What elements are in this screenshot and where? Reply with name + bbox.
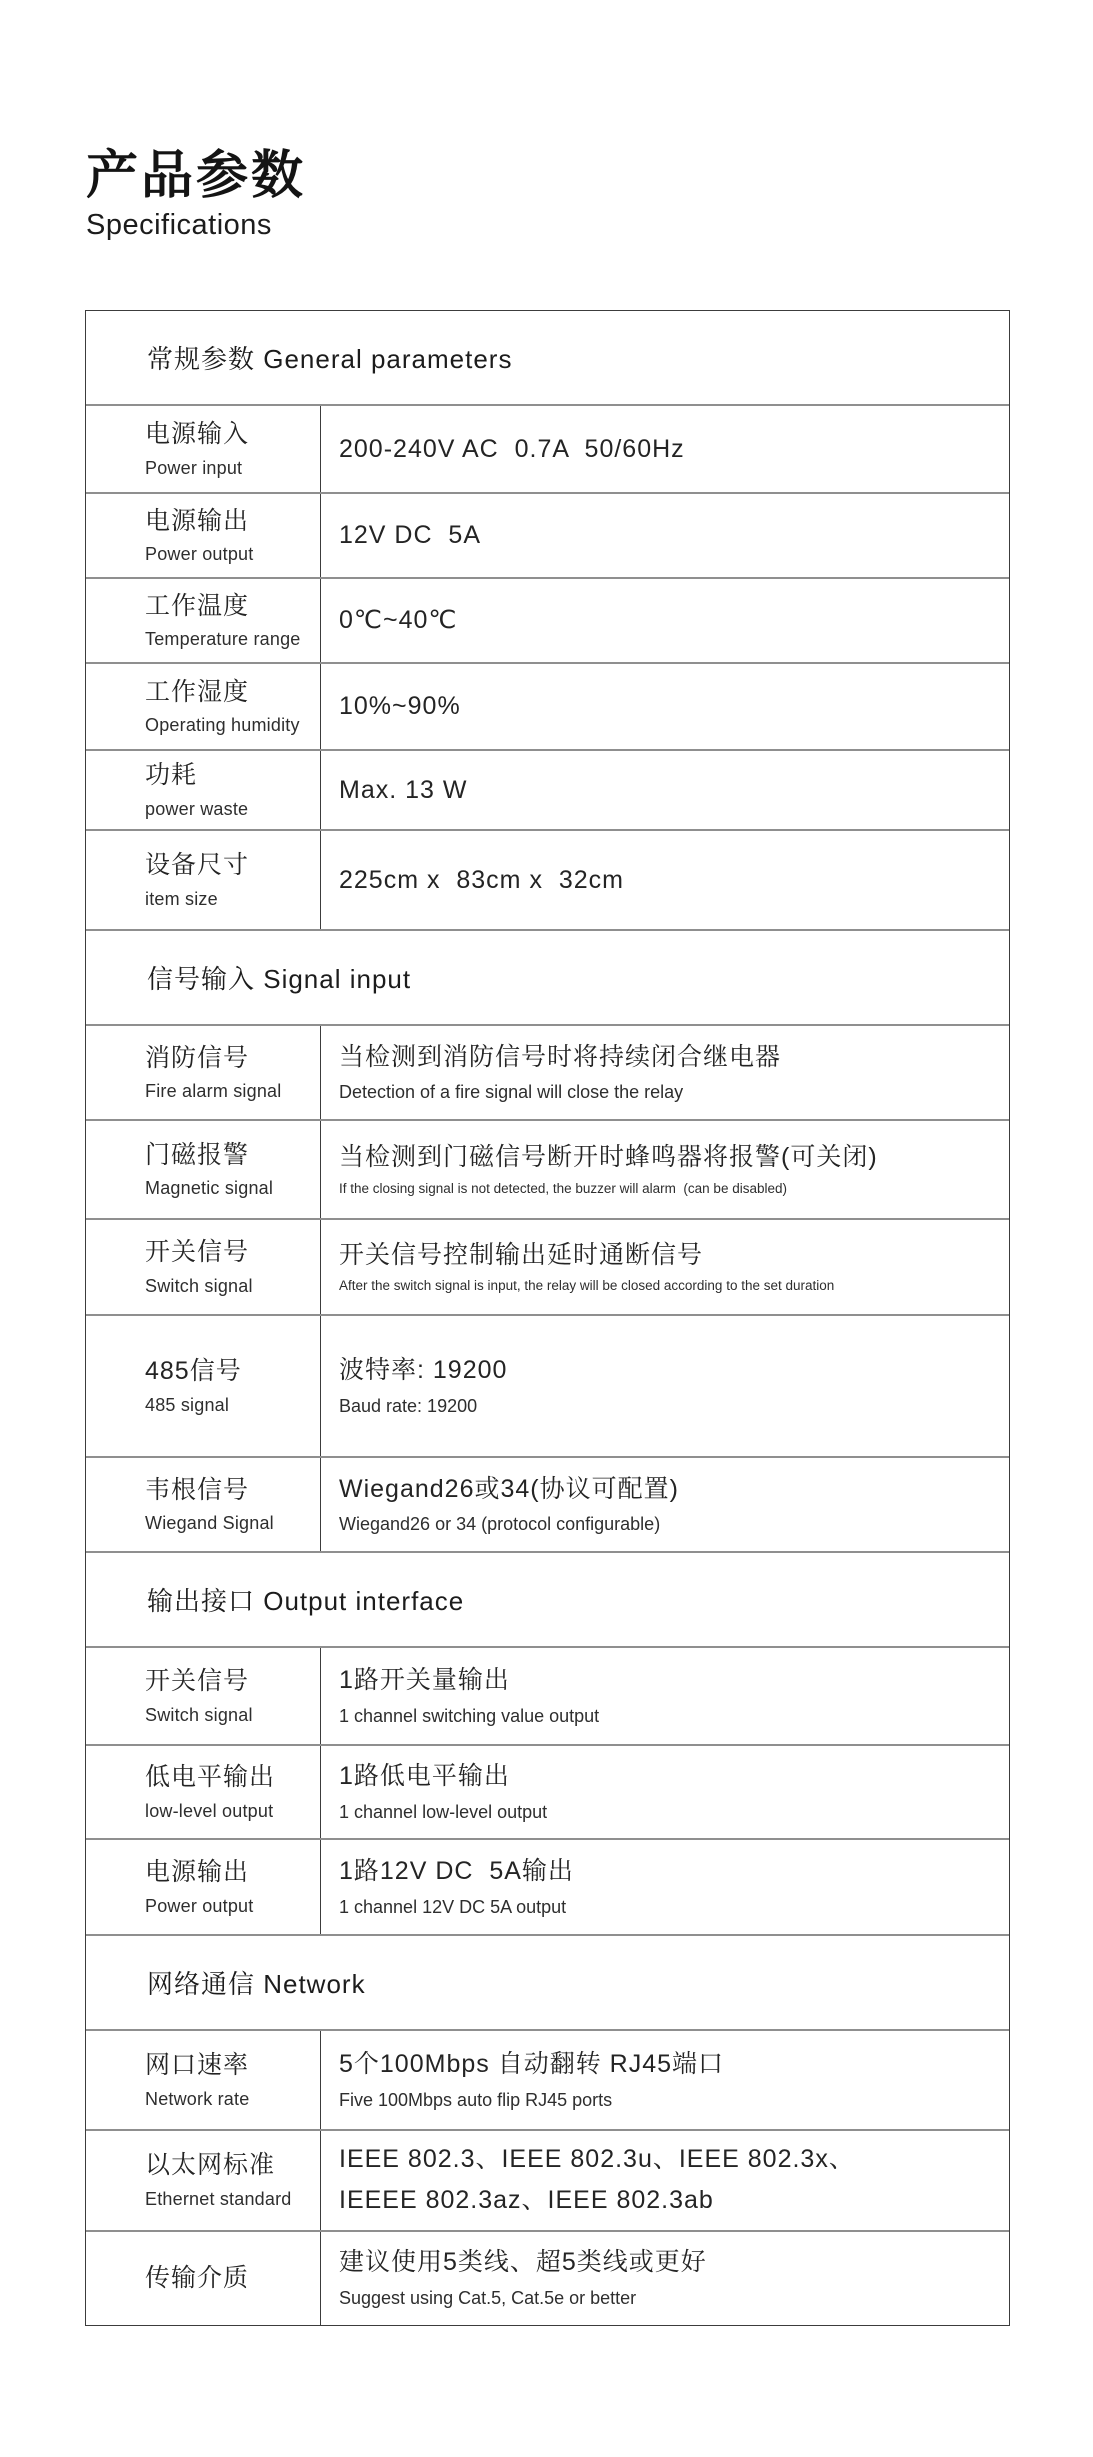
row-value-cell: IEEE 802.3、IEEE 802.3u、IEEE 802.3x、 IEEE… [321,2131,1009,2230]
row-value-cell: 12V DC 5A [321,494,1009,577]
row-label-cn: 传输介质 [145,2262,312,2295]
row-label-cell: 门磁报警 Magnetic signal [86,1121,321,1218]
row-value-cell: 0℃~40℃ [321,579,1009,662]
row-value-cn: Max. 13 W [339,774,989,807]
row-label-cell: 电源输出 Power output [86,1840,321,1934]
row-label-cn: 功耗 [145,759,312,792]
spec-table: 常规参数 General parameters 电源输入 Power input… [85,310,1010,2326]
page-subtitle: Specifications [86,209,306,242]
row-value-cell: 200-240V AC 0.7A 50/60Hz [321,406,1009,492]
row-label-cell: 工作湿度 Operating humidity [86,664,321,749]
row-label-cn: 工作温度 [145,590,312,623]
row-label-en: Power input [145,457,312,480]
row-value-en: Suggest using Cat.5, Cat.5e or better [339,2287,989,2310]
row-value-cn: 1路开关量输出 [339,1664,989,1697]
spec-row-power-output-channel: 电源输出 Power output 1路12V DC 5A输出 1 channe… [86,1840,1009,1936]
row-label-cell: 低电平输出 low-level output [86,1746,321,1838]
row-label-en: Network rate [145,2088,312,2111]
section-header-general-parameters: 常规参数 General parameters [86,311,1009,406]
row-label-cn: 消防信号 [145,1042,312,1075]
row-label-cell: 韦根信号 Wiegand Signal [86,1458,321,1551]
row-label-en: Ethernet standard [145,2188,312,2211]
row-label-en: low-level output [145,1800,312,1823]
spec-row-switch-signal-input: 开关信号 Switch signal 开关信号控制输出延时通断信号 After … [86,1220,1009,1316]
row-value-cn: 12V DC 5A [339,519,989,552]
section-header-network: 网络通信 Network [86,1936,1009,2031]
row-label-cn: 设备尺寸 [145,849,312,882]
row-label-cn: 电源输出 [145,1856,312,1889]
row-value-en: 1 channel low-level output [339,1801,989,1824]
row-value-cn: 200-240V AC 0.7A 50/60Hz [339,433,989,466]
row-label-en: Operating humidity [145,714,312,737]
row-label-en: Temperature range [145,628,312,651]
row-value-en: 1 channel 12V DC 5A output [339,1896,989,1919]
row-value-cn: 当检测到消防信号时将持续闭合继电器 [339,1041,989,1074]
row-value-cell: Wiegand26或34(协议可配置) Wiegand26 or 34 (pro… [321,1458,1009,1551]
row-value-en: Baud rate: 19200 [339,1395,989,1418]
spec-row-485-signal: 485信号 485 signal 波特率: 19200 Baud rate: 1… [86,1316,1009,1458]
row-label-cell: 以太网标准 Ethernet standard [86,2131,321,2230]
row-value-en: Five 100Mbps auto flip RJ45 ports [339,2089,989,2112]
spec-row-item-size: 设备尺寸 item size 225cm x 83cm x 32cm [86,831,1009,931]
spec-row-operating-humidity: 工作湿度 Operating humidity 10%~90% [86,664,1009,751]
row-value-en: After the switch signal is input, the re… [339,1277,989,1295]
row-label-cell: 485信号 485 signal [86,1316,321,1456]
row-label-en: Magnetic signal [145,1177,312,1200]
row-label-cell: 工作温度 Temperature range [86,579,321,662]
page-title: 产品参数 [86,148,306,205]
row-label-en: Wiegand Signal [145,1512,312,1535]
row-label-en: Power output [145,1895,312,1918]
spec-row-power-input: 电源输入 Power input 200-240V AC 0.7A 50/60H… [86,406,1009,494]
spec-row-power-waste: 功耗 power waste Max. 13 W [86,751,1009,831]
row-label-cell: 电源输出 Power output [86,494,321,577]
row-value-cell: 1路12V DC 5A输出 1 channel 12V DC 5A output [321,1840,1009,1934]
row-value-cell: 1路低电平输出 1 channel low-level output [321,1746,1009,1838]
row-value-cell: 5个100Mbps 自动翻转 RJ45端口 Five 100Mbps auto … [321,2031,1009,2129]
row-label-cn: 电源输出 [145,505,312,538]
row-label-cn: 开关信号 [145,1665,312,1698]
row-label-cell: 开关信号 Switch signal [86,1220,321,1314]
row-value-cell: 建议使用5类线、超5类线或更好 Suggest using Cat.5, Cat… [321,2232,1009,2325]
row-value-cn: 10%~90% [339,690,989,723]
row-value-en: Wiegand26 or 34 (protocol configurable) [339,1513,989,1536]
spec-row-magnetic-signal: 门磁报警 Magnetic signal 当检测到门磁信号断开时蜂鸣器将报警(可… [86,1121,1009,1220]
row-label-en: Switch signal [145,1704,312,1727]
row-value-cell: 当检测到门磁信号断开时蜂鸣器将报警(可关闭) If the closing si… [321,1121,1009,1218]
row-value-cell: Max. 13 W [321,751,1009,829]
row-label-cn: 门磁报警 [145,1139,312,1172]
row-label-en: Fire alarm signal [145,1080,312,1103]
row-value-cn: 开关信号控制输出延时通断信号 [339,1239,989,1272]
row-label-cell: 传输介质 [86,2232,321,2325]
spec-row-temperature-range: 工作温度 Temperature range 0℃~40℃ [86,579,1009,664]
row-value-cell: 开关信号控制输出延时通断信号 After the switch signal i… [321,1220,1009,1314]
row-label-cell: 消防信号 Fire alarm signal [86,1026,321,1119]
row-label-cn: 电源输入 [145,418,312,451]
row-value-cn: 225cm x 83cm x 32cm [339,864,989,897]
spec-row-switch-signal-output: 开关信号 Switch signal 1路开关量输出 1 channel swi… [86,1648,1009,1746]
row-label-en: power waste [145,798,312,821]
section-header-signal-input: 信号输入 Signal input [86,931,1009,1026]
title-block: 产品参数 Specifications [86,148,306,242]
row-label-cn: 低电平输出 [145,1761,312,1794]
row-value-cn: 5个100Mbps 自动翻转 RJ45端口 [339,2048,989,2081]
row-value-cell: 10%~90% [321,664,1009,749]
row-value-cn: IEEE 802.3、IEEE 802.3u、IEEE 802.3x、 IEEE… [339,2139,989,2222]
row-label-cn: 以太网标准 [145,2149,312,2182]
spec-row-wiegand-signal: 韦根信号 Wiegand Signal Wiegand26或34(协议可配置) … [86,1458,1009,1553]
spec-row-network-rate: 网口速率 Network rate 5个100Mbps 自动翻转 RJ45端口 … [86,2031,1009,2131]
row-label-cell: 电源输入 Power input [86,406,321,492]
row-value-cn: 1路低电平输出 [339,1760,989,1793]
spec-row-fire-alarm-signal: 消防信号 Fire alarm signal 当检测到消防信号时将持续闭合继电器… [86,1026,1009,1121]
row-value-cn: 波特率: 19200 [339,1354,989,1387]
row-value-cn: 1路12V DC 5A输出 [339,1855,989,1888]
section-header-output-interface: 输出接口 Output interface [86,1553,1009,1648]
row-label-cn: 工作湿度 [145,676,312,709]
row-label-cn: 485信号 [145,1355,312,1388]
row-value-cell: 225cm x 83cm x 32cm [321,831,1009,929]
row-value-en: If the closing signal is not detected, t… [339,1180,989,1198]
spec-row-ethernet-standard: 以太网标准 Ethernet standard IEEE 802.3、IEEE … [86,2131,1009,2232]
row-value-cell: 波特率: 19200 Baud rate: 19200 [321,1316,1009,1456]
spec-row-low-level-output: 低电平输出 low-level output 1路低电平输出 1 channel… [86,1746,1009,1840]
row-label-cell: 功耗 power waste [86,751,321,829]
row-value-en: Detection of a fire signal will close th… [339,1081,989,1104]
spec-row-transmission-medium: 传输介质 建议使用5类线、超5类线或更好 Suggest using Cat.5… [86,2232,1009,2325]
row-label-cn: 开关信号 [145,1236,312,1269]
row-label-cell: 网口速率 Network rate [86,2031,321,2129]
row-value-cn: 建议使用5类线、超5类线或更好 [339,2246,989,2279]
row-value-cn: Wiegand26或34(协议可配置) [339,1473,989,1506]
row-label-cell: 设备尺寸 item size [86,831,321,929]
row-value-cell: 当检测到消防信号时将持续闭合继电器 Detection of a fire si… [321,1026,1009,1119]
row-value-cn: 0℃~40℃ [339,604,989,637]
spec-row-power-output: 电源输出 Power output 12V DC 5A [86,494,1009,579]
row-label-cn: 韦根信号 [145,1474,312,1507]
row-value-cell: 1路开关量输出 1 channel switching value output [321,1648,1009,1744]
row-value-cn: 当检测到门磁信号断开时蜂鸣器将报警(可关闭) [339,1141,989,1174]
row-label-en: Switch signal [145,1275,312,1298]
row-label-en: Power output [145,543,312,566]
row-label-cn: 网口速率 [145,2049,312,2082]
row-value-en: 1 channel switching value output [339,1705,989,1728]
row-label-en: item size [145,888,312,911]
row-label-en: 485 signal [145,1394,312,1417]
row-label-cell: 开关信号 Switch signal [86,1648,321,1744]
